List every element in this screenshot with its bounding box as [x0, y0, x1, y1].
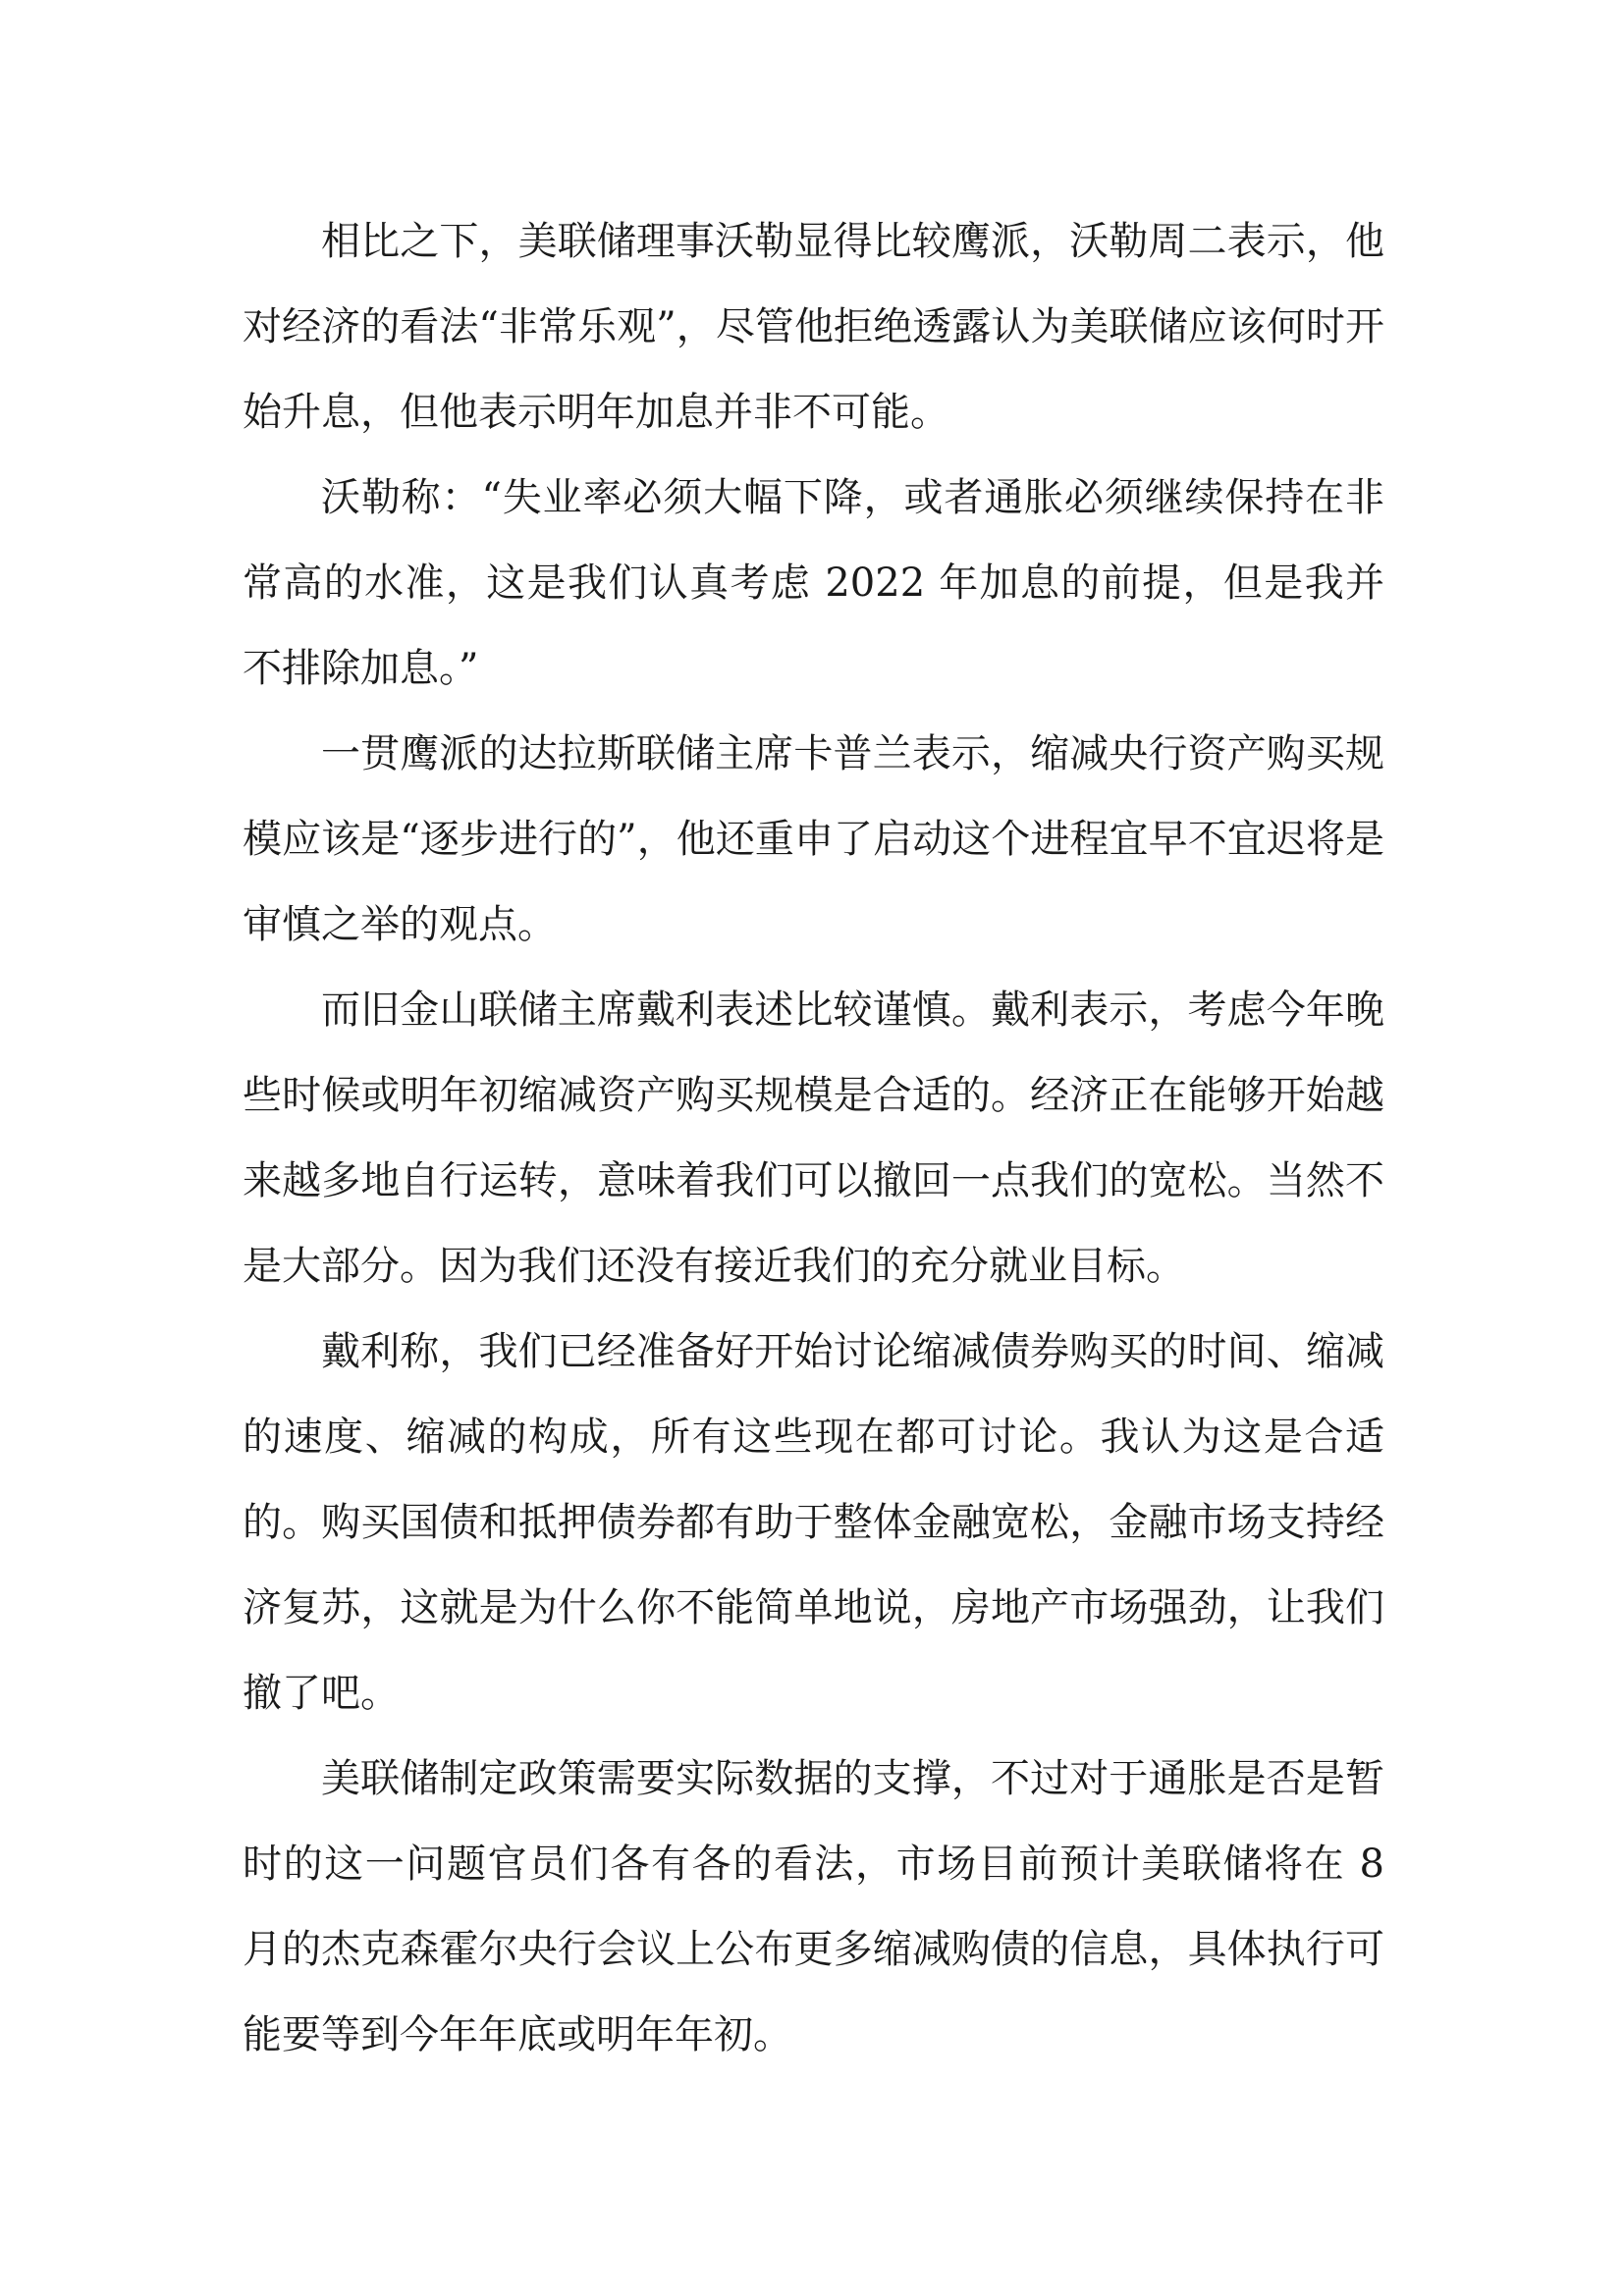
paragraph: 一贯鹰派的达拉斯联储主席卡普兰表示，缩减央行资产购买规模应该是“逐步进行的”，他… — [243, 712, 1384, 968]
paragraph: 美联储制定政策需要实际数据的支撑，不过对于通胀是否是暂时的这一问题官员们各有各的… — [243, 1736, 1384, 2078]
paragraph: 而旧金山联储主席戴利表述比较谨慎。戴利表示，考虑今年晚些时候或明年初缩减资产购买… — [243, 968, 1384, 1309]
document-text-block: 相比之下，美联储理事沃勒显得比较鹰派，沃勒周二表示，他对经济的看法“非常乐观”，… — [243, 199, 1384, 2078]
paragraph: 沃勒称：“失业率必须大幅下降，或者通胀必须继续保持在非常高的水准，这是我们认真考… — [243, 455, 1384, 712]
document-page: 相比之下，美联储理事沃勒显得比较鹰派，沃勒周二表示，他对经济的看法“非常乐观”，… — [0, 0, 1624, 2296]
paragraph: 戴利称，我们已经准备好开始讨论缩减债券购买的时间、缩减的速度、缩减的构成，所有这… — [243, 1309, 1384, 1736]
paragraph: 相比之下，美联储理事沃勒显得比较鹰派，沃勒周二表示，他对经济的看法“非常乐观”，… — [243, 199, 1384, 455]
